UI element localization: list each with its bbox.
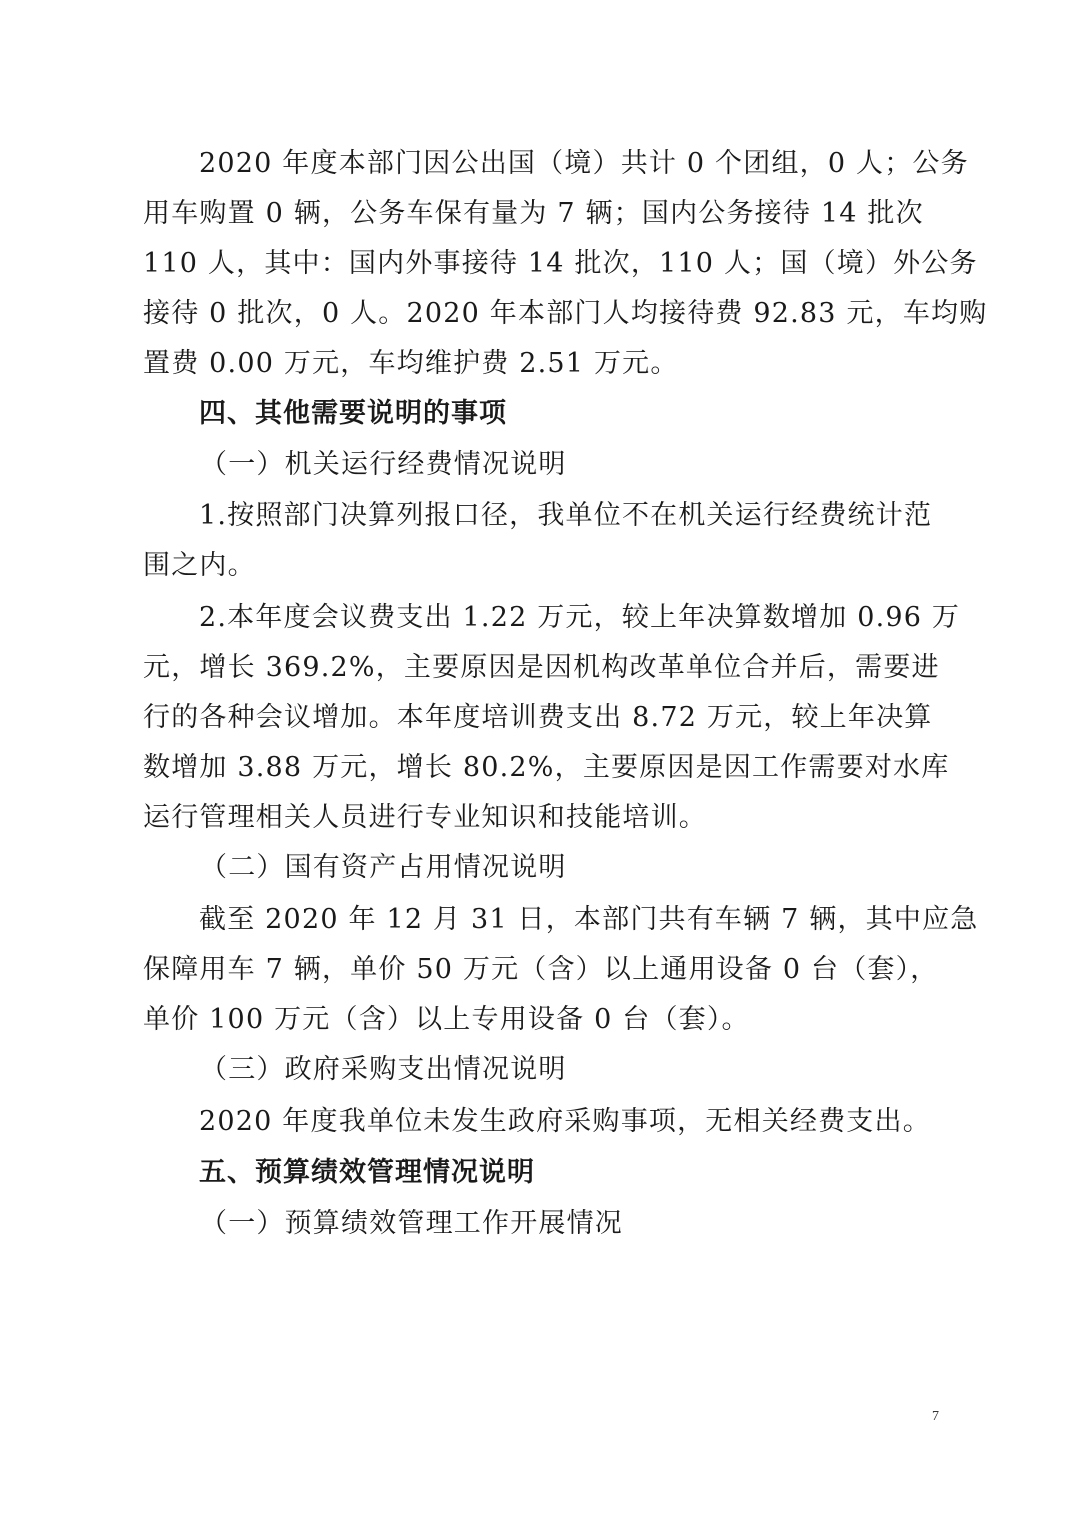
paragraph-line: 单价 100 万元（含）以上专用设备 0 台（套）。 <box>143 1002 943 1038</box>
paragraph-line: 截至 2020 年 12 月 31 日，本部门共有车辆 7 辆，其中应急 <box>199 902 999 938</box>
paragraph-line: 用车购置 0 辆，公务车保有量为 7 辆；国内公务接待 14 批次 <box>143 196 943 232</box>
paragraph-line: 行的各种会议增加。本年度培训费支出 8.72 万元，较上年决算 <box>143 700 943 736</box>
paragraph-line: 2020 年度本部门因公出国（境）共计 0 个团组，0 人；公务 <box>199 146 999 182</box>
paragraph-line: 围之内。 <box>143 548 943 584</box>
paragraph-line: 1.按照部门决算列报口径，我单位不在机关运行经费统计范 <box>199 498 999 534</box>
paragraph-line: 110 人，其中：国内外事接待 14 批次，110 人；国（境）外公务 <box>143 246 943 282</box>
paragraph-line: 运行管理相关人员进行专业知识和技能培训。 <box>143 800 943 836</box>
subsection-heading-4-1: （一）机关运行经费情况说明 <box>200 447 1000 483</box>
page-number: 7 <box>932 1408 939 1426</box>
paragraph-line: 元，增长 369.2%，主要原因是因机构改革单位合并后，需要进 <box>143 650 943 686</box>
document-page: 2020 年度本部门因公出国（境）共计 0 个团组，0 人；公务 用车购置 0 … <box>0 0 1075 1521</box>
paragraph-line: 置费 0.00 万元，车均维护费 2.51 万元。 <box>143 346 943 382</box>
paragraph-line: 接待 0 批次，0 人。2020 年本部门人均接待费 92.83 元，车均购 <box>143 296 943 332</box>
paragraph-line: 2.本年度会议费支出 1.22 万元，较上年决算数增加 0.96 万 <box>199 600 999 636</box>
subsection-heading-4-2: （二）国有资产占用情况说明 <box>200 850 1000 886</box>
section-heading-4: 四、其他需要说明的事项 <box>199 396 999 432</box>
subsection-heading-5-1: （一）预算绩效管理工作开展情况 <box>200 1206 1000 1242</box>
paragraph-line: 数增加 3.88 万元，增长 80.2%，主要原因是因工作需要对水库 <box>143 750 943 786</box>
section-heading-5: 五、预算绩效管理情况说明 <box>199 1155 999 1191</box>
paragraph-line: 2020 年度我单位未发生政府采购事项，无相关经费支出。 <box>199 1104 999 1140</box>
paragraph-line: 保障用车 7 辆，单价 50 万元（含）以上通用设备 0 台（套）， <box>143 952 943 988</box>
subsection-heading-4-3: （三）政府采购支出情况说明 <box>200 1052 1000 1088</box>
